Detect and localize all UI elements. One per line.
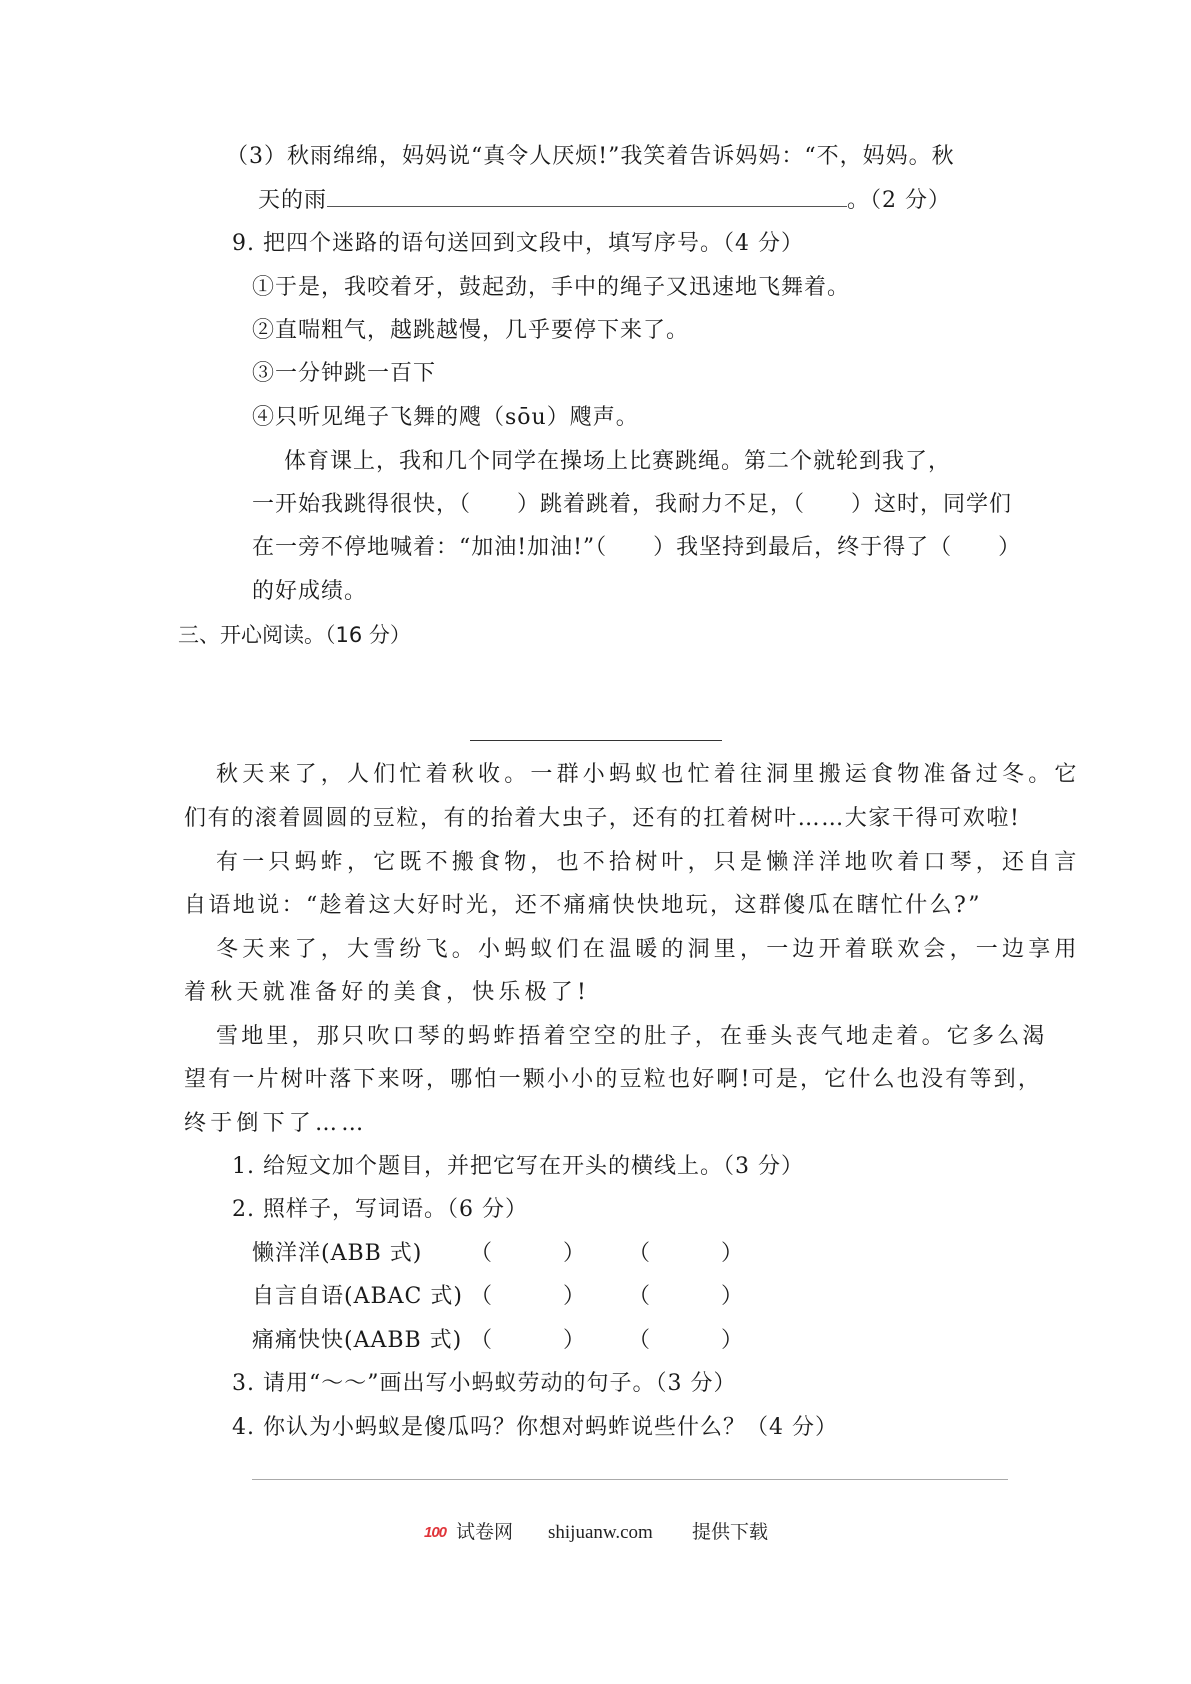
q9-option-4: ④只听见绳子飞舞的飕（sōu）飕声。 [252,403,639,433]
section-3-heading: 三、开心阅读。（16 分） [178,620,411,650]
story-line-3: 有一只蚂蚱，它既不搬食物，也不拾树叶，只是懒洋洋地吹着口琴，还自言 [216,848,1081,878]
story-line-1: 秋天来了，人们忙着秋收。一群小蚂蚁也忙着往洞里搬运食物准备过冬。它 [216,760,1081,790]
story-line-4: 自语地说：“趁着这大好时光，还不痛痛快快地玩，这群傻瓜在瞎忙什么?” [184,891,982,921]
q8-3-suffix: 。（2 分） [847,188,951,213]
q9-option-2: ②直喘粗气，越跳越慢，几乎要停下来了。 [252,316,689,346]
logo-100-icon: 100 [424,1520,446,1546]
word-example: 懒洋洋(ABB 式) [252,1239,470,1269]
reading-question-3: 3. 请用“～～”画出写小蚂蚁劳动的句子。（3 分） [232,1369,736,1399]
word-example: 自言自语(ABAC 式) [252,1282,470,1312]
story-line-7: 雪地里，那只吹口琴的蚂蚱捂着空空的肚子，在垂头丧气地走着。它多么渴 [216,1022,1048,1052]
story-line-5: 冬天来了，大雪纷飞。小蚂蚁们在温暖的洞里，一边开着联欢会，一边享用 [216,935,1081,965]
word-row-aabb: 痛痛快快(AABB 式)（）（） [252,1326,786,1356]
q9-passage-line-2: 一开始我跳得很快，（ ）跳着跳着，我耐力不足，（ ）这时，同学们 [252,490,1012,520]
footer-provide-text: 提供下载 [692,1520,768,1546]
q9-passage-line-4: 的好成绩。 [252,577,367,607]
answer-box[interactable]: （） [470,1239,628,1269]
answer-box[interactable]: （） [628,1239,786,1269]
footer-brand: 试卷网 [456,1520,513,1546]
story-line-9: 终于倒下了…… [184,1109,367,1139]
story-title-blank[interactable] [470,740,722,741]
word-example: 痛痛快快(AABB 式) [252,1326,470,1356]
q8-3-line1: （3）秋雨绵绵，妈妈说“真令人厌烦!”我笑着告诉妈妈：“不，妈妈。秋 [226,142,955,172]
word-row-abb: 懒洋洋(ABB 式)（）（） [252,1239,786,1269]
answer-box[interactable]: （） [470,1326,628,1356]
story-line-6: 着秋天就准备好的美食，快乐极了! [184,978,590,1008]
reading-question-1: 1. 给短文加个题目，并把它写在开头的横线上。（3 分） [232,1152,804,1182]
answer-box[interactable]: （） [470,1282,628,1312]
answer-box[interactable]: （） [628,1282,786,1312]
q9-passage-line-1: 体育课上，我和几个同学在操场上比赛跳绳。第二个就轮到我了， [284,447,951,477]
q9-passage-line-3: 在一旁不停地喊着：“加油!加油!”（ ）我坚持到最后，终于得了（ ） [252,533,1021,563]
q9-option-3: ③一分钟跳一百下 [252,359,436,389]
footer-divider [252,1479,1008,1480]
story-line-8: 望有一片树叶落下来呀，哪怕一颗小小的豆粒也好啊!可是，它什么也没有等到， [184,1065,1042,1095]
story-line-2: 们有的滚着圆圆的豆粒，有的抬着大虫子，还有的扛着树叶……大家干得可欢啦! [184,804,1020,834]
reading-question-2: 2. 照样子，写词语。（6 分） [232,1195,528,1225]
q9-title: 9. 把四个迷路的语句送回到文段中，填写序号。（4 分） [232,229,804,259]
word-row-abac: 自言自语(ABAC 式)（）（） [252,1282,786,1312]
footer-site-link[interactable]: shijuanw.com [548,1520,653,1546]
answer-blank-line[interactable] [327,186,847,207]
reading-question-4: 4. 你认为小蚂蚁是傻瓜吗？你想对蚂蚱说些什么？（4 分） [232,1413,838,1443]
q8-3-prefix: 天的雨 [258,188,327,213]
q9-option-1: ①于是，我咬着牙，鼓起劲，手中的绳子又迅速地飞舞着。 [252,273,850,303]
answer-box[interactable]: （） [628,1326,786,1356]
q8-3-line2: 天的雨。（2 分） [258,186,951,216]
